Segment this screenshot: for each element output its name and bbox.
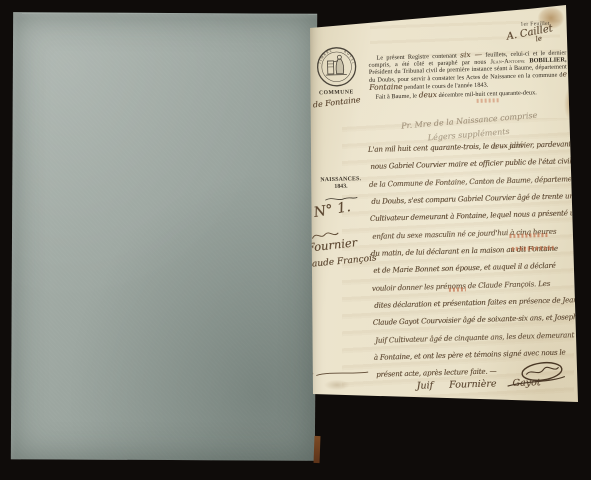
commune-seal-icon: TIMBRE ROYAL: [315, 44, 358, 89]
archival-scan: 1er Feuillet. A. Caillet le TIMBRE ROYAL: [0, 0, 591, 480]
binding-sliver: [314, 436, 321, 463]
signature: Fournière: [449, 378, 497, 390]
foxing-stain: [496, 0, 514, 12]
margin-dash-icon: [310, 365, 370, 385]
signature: Juif: [416, 380, 433, 391]
folio-signature: A. Caillet le: [506, 23, 555, 48]
margin-year: 1843.: [313, 182, 369, 190]
svg-text:TIMBRE: TIMBRE: [317, 48, 333, 64]
blank-blue-page: [11, 12, 317, 461]
register-page: 1er Feuillet. A. Caillet le TIMBRE ROYAL: [300, 0, 585, 430]
preamble-paragraph: Le présent Registre contenant six — feui…: [368, 49, 567, 101]
red-archive-mark: [477, 98, 499, 103]
handwritten-date: deux: [419, 90, 438, 100]
birth-act-body: L'an mil huit cent quarante-trois, le de…: [368, 139, 591, 388]
page-content: 1er Feuillet. A. Caillet le TIMBRE ROYAL: [298, 0, 591, 431]
